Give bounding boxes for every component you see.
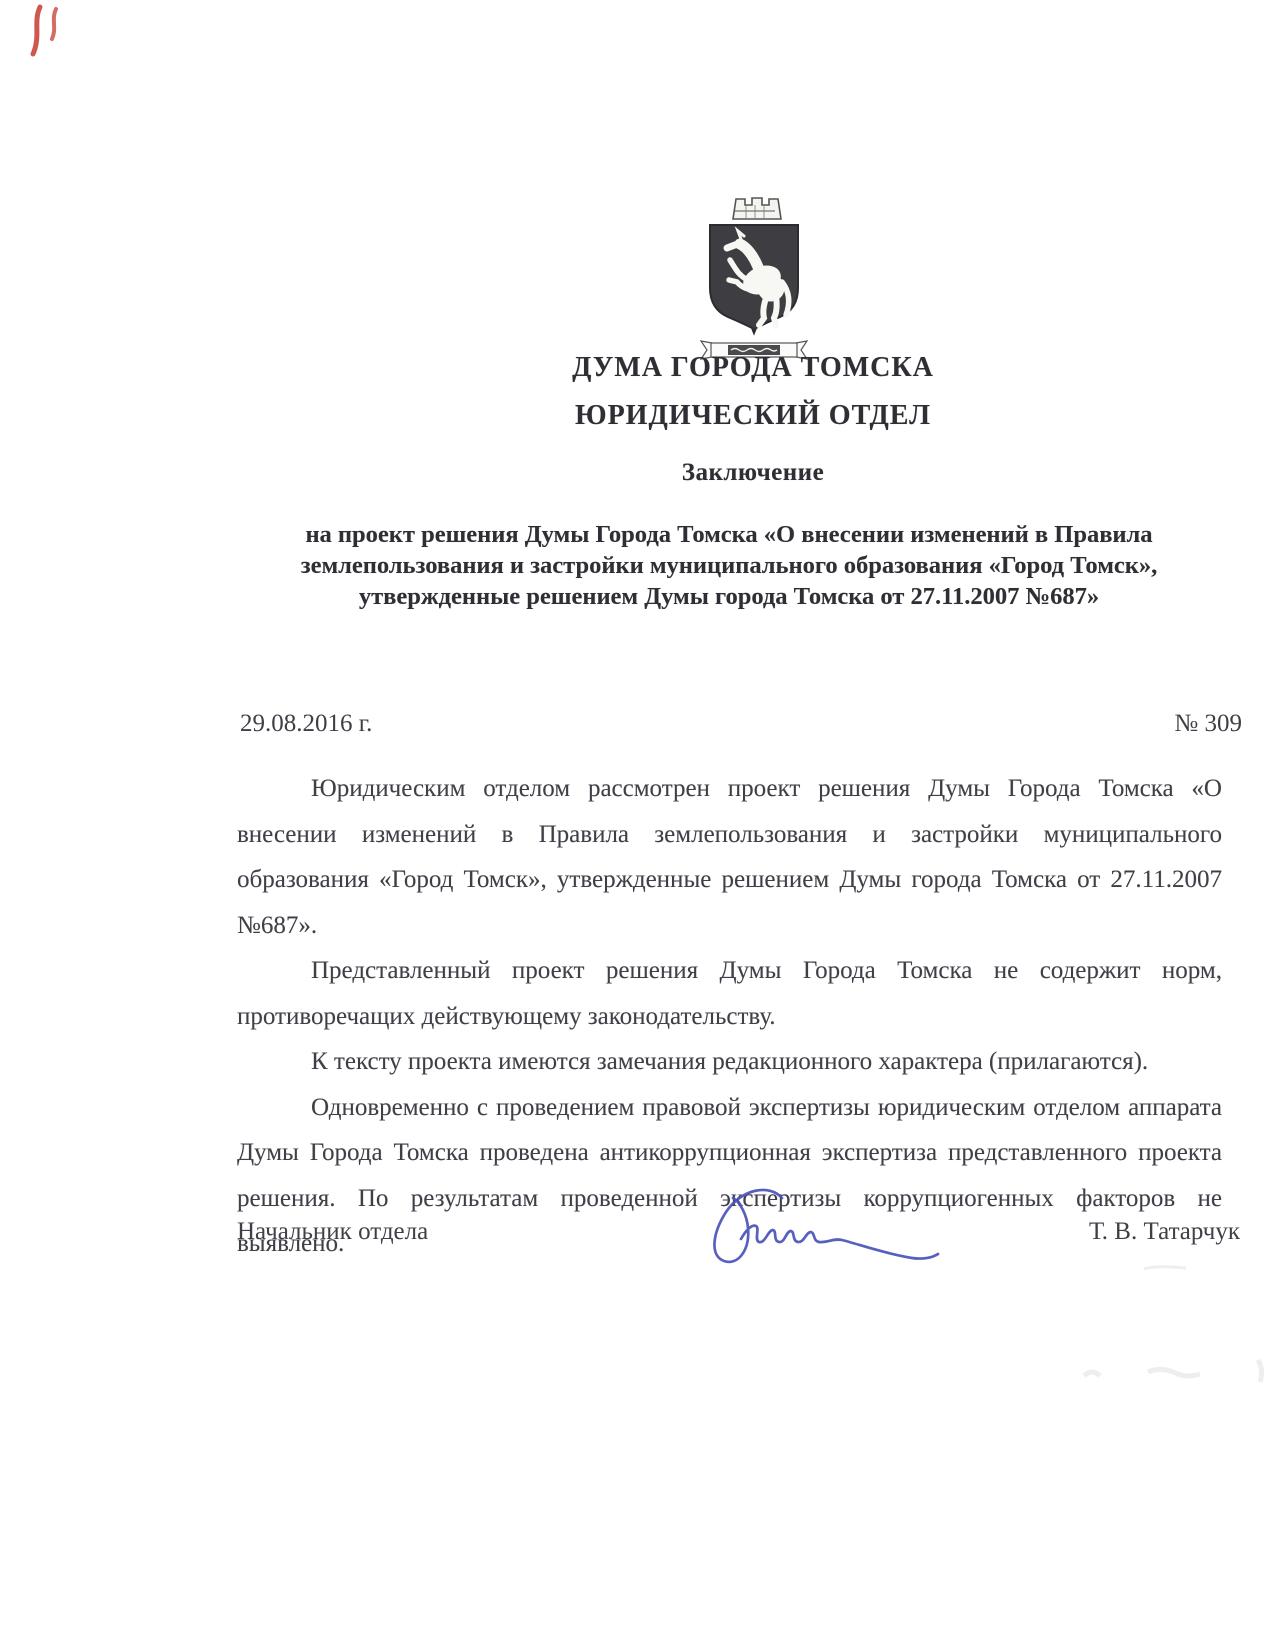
mural-crown-icon xyxy=(726,190,782,220)
document-number: № 309 xyxy=(1174,710,1242,738)
shield-with-horse-icon xyxy=(706,222,802,336)
body-paragraph: Юридическим отделом рассмотрен проект ре… xyxy=(237,766,1222,948)
coat-of-arms-tomsk xyxy=(695,190,813,355)
signer-position: Начальник отдела xyxy=(237,1218,428,1246)
document-title: на проект решения Думы Города Томска «О … xyxy=(264,519,1194,612)
signer-name: Т. В. Татарчук xyxy=(1089,1218,1240,1246)
document-date: 29.08.2016 г. xyxy=(240,710,372,738)
document-type-label: Заключение xyxy=(233,459,1273,487)
scan-smudge xyxy=(1070,1350,1270,1390)
scanned-document-page: ДУМА ГОРОДА ТОМСКА ЮРИДИЧЕСКИЙ ОТДЕЛ Зак… xyxy=(0,0,1275,1650)
scan-smudge xyxy=(1140,1262,1190,1276)
body-paragraph: К тексту проекта имеются замечания редак… xyxy=(237,1039,1222,1085)
organization-title: ДУМА ГОРОДА ТОМСКА xyxy=(233,352,1273,384)
date-number-row: 29.08.2016 г. № 309 xyxy=(240,710,1242,738)
red-pen-mark xyxy=(24,2,76,72)
body-paragraph: Представленный проект решения Думы Город… xyxy=(237,948,1222,1039)
handwritten-signature xyxy=(686,1182,956,1274)
department-title: ЮРИДИЧЕСКИЙ ОТДЕЛ xyxy=(233,400,1273,432)
